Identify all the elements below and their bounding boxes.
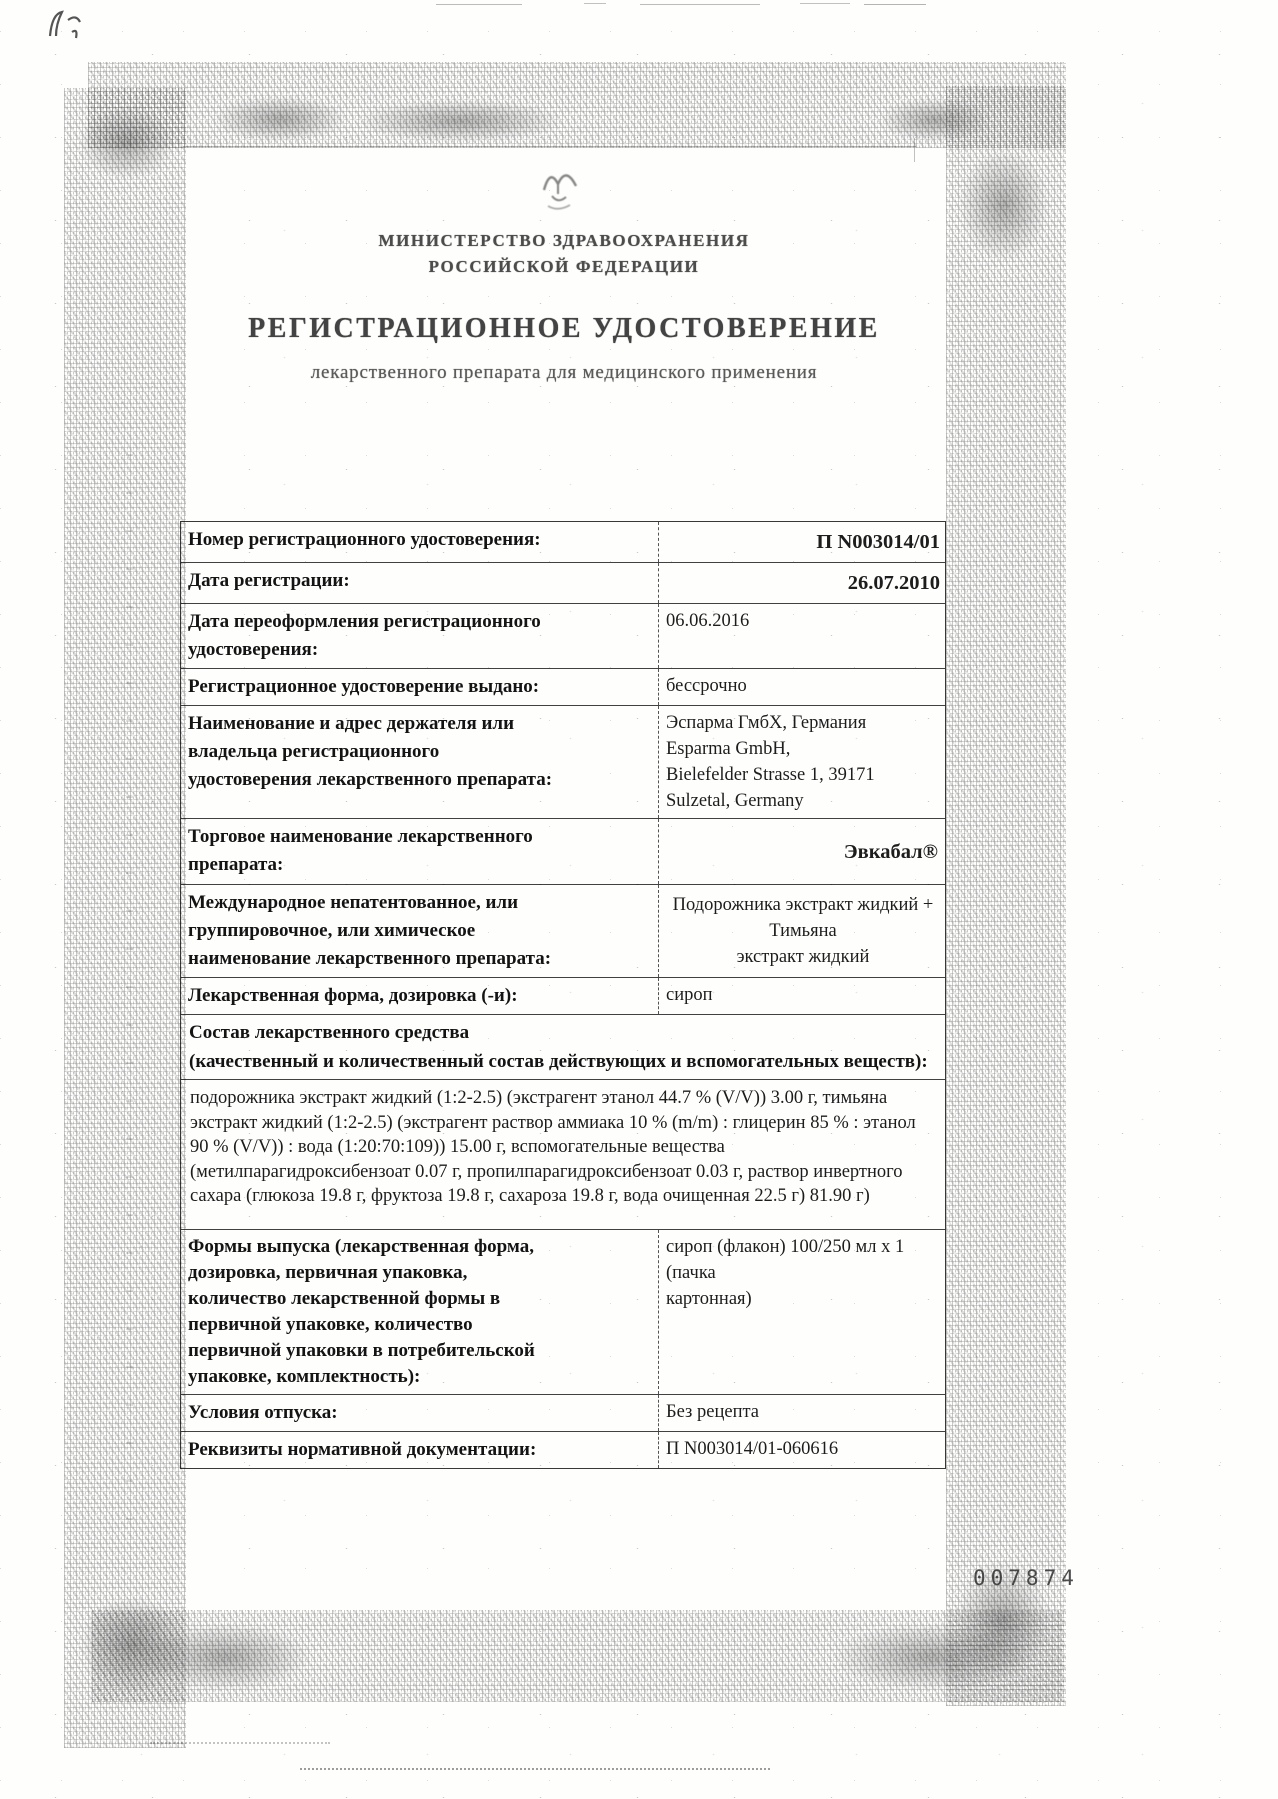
row-label: Международное непатентованное, или групп… <box>181 885 659 977</box>
coat-of-arms-emblem <box>534 156 586 220</box>
table-row-holder: Наименование и адрес держателя или владе… <box>181 705 945 818</box>
table-row-reg-number: Номер регистрационного удостоверения: П … <box>181 522 945 562</box>
left-margin-noise <box>126 420 133 1520</box>
bottom-edge-dots <box>300 1768 770 1770</box>
row-label: Номер регистрационного удостоверения: <box>181 522 659 562</box>
document-subtitle: лекарственного препарата для медицинског… <box>180 362 948 384</box>
top-edge-dash <box>436 4 522 5</box>
table-row-normative-docs: Реквизиты нормативной документации: П N0… <box>181 1431 945 1468</box>
table-row-composition-text: подорожника экстракт жидкий (1:2-2.5) (э… <box>181 1079 945 1229</box>
ornament-blob <box>320 92 600 150</box>
top-edge-dash <box>800 3 850 4</box>
table-row-dispensing: Условия отпуска: Без рецепта <box>181 1394 945 1431</box>
table-row-trade-name: Торговое наименование лекарственного пре… <box>181 818 945 884</box>
row-label: Торговое наименование лекарственного пре… <box>181 819 659 884</box>
certificate-scan-page: МИНИСТЕРСТВО ЗДРАВООХРАНЕНИЯ РОССИЙСКОЙ … <box>0 0 1278 1799</box>
inner-top-tick <box>914 138 915 162</box>
ministry-line1: МИНИСТЕРСТВО ЗДРАВООХРАНЕНИЯ <box>180 228 948 254</box>
row-label: Реквизиты нормативной документации: <box>181 1432 659 1468</box>
table-row-validity: Регистрационное удостоверение выдано: бе… <box>181 668 945 705</box>
row-value: сироп <box>659 978 945 1014</box>
top-edge-dash <box>640 4 760 5</box>
ornament-blob <box>62 92 192 192</box>
row-label: Формы выпуска (лекарственная форма, дози… <box>181 1230 659 1394</box>
top-edge-dash <box>864 4 926 5</box>
handwritten-squiggle-mark <box>42 6 98 52</box>
row-value: 26.07.2010 <box>659 563 945 603</box>
table-row-inn-name: Международное непатентованное, или групп… <box>181 884 945 977</box>
table-row-dosage-form: Лекарственная форма, дозировка (-и): сир… <box>181 977 945 1014</box>
row-label: Наименование и адрес держателя или владе… <box>181 706 659 818</box>
top-edge-dash <box>584 3 606 4</box>
table-row-reissue-date: Дата переоформления регистрационного удо… <box>181 603 945 668</box>
ministry-header: МИНИСТЕРСТВО ЗДРАВООХРАНЕНИЯ РОССИЙСКОЙ … <box>180 228 948 280</box>
row-label: Условия отпуска: <box>181 1395 659 1431</box>
row-value: Эспарма ГмбХ, Германия Esparma GmbH, Bie… <box>659 706 945 818</box>
row-value: сироп (флакон) 100/250 мл х 1 (пачка кар… <box>659 1230 945 1394</box>
row-label: Дата регистрации: <box>181 563 659 603</box>
composition-header: Состав лекарственного средства (качестве… <box>181 1015 945 1079</box>
ornament-blob <box>800 1612 1060 1702</box>
table-row-composition-header: Состав лекарственного средства (качестве… <box>181 1014 945 1079</box>
row-value: 06.06.2016 <box>659 604 945 668</box>
ornament-blob <box>110 1612 340 1702</box>
composition-text: подорожника экстракт жидкий (1:2-2.5) (э… <box>181 1080 945 1217</box>
form-serial-number: 007874 <box>973 1566 1079 1590</box>
inner-top-rule <box>183 146 916 147</box>
row-value: Подорожника экстракт жидкий + Тимьяна эк… <box>659 885 945 977</box>
row-label: Регистрационное удостоверение выдано: <box>181 669 659 705</box>
frame-right-ornament <box>946 86 1066 1706</box>
row-value: П N003014/01 <box>659 522 945 562</box>
table-row-release-forms: Формы выпуска (лекарственная форма, дози… <box>181 1229 945 1394</box>
row-value: Без рецепта <box>659 1395 945 1431</box>
row-label: Дата переоформления регистрационного удо… <box>181 604 659 668</box>
row-value: П N003014/01-060616 <box>659 1432 945 1468</box>
bottom-edge-dots <box>150 1742 330 1744</box>
document-title: РЕГИСТРАЦИОННОЕ УДОСТОВЕРЕНИЕ <box>180 313 948 345</box>
row-value: Эвкабал® <box>659 819 945 884</box>
ministry-line2: РОССИЙСКОЙ ФЕДЕРАЦИИ <box>180 254 948 280</box>
row-label: Лекарственная форма, дозировка (-и): <box>181 978 659 1014</box>
ornament-blob <box>944 130 1064 280</box>
certificate-table: Номер регистрационного удостоверения: П … <box>180 521 946 1469</box>
row-value: бессрочно <box>659 669 945 705</box>
frame-left-ornament <box>64 88 186 1748</box>
table-row-reg-date: Дата регистрации: 26.07.2010 <box>181 562 945 603</box>
